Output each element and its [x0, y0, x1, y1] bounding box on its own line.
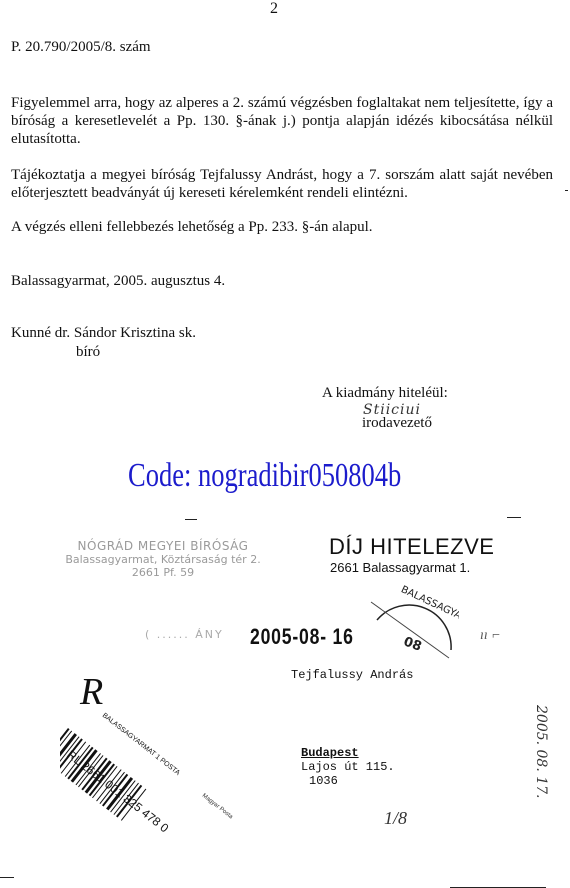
faint-stamp: ( ...... ÁNY — [145, 628, 224, 641]
case-number: P. 20.790/2005/8. szám — [11, 38, 151, 56]
handwritten-note: 1/8 — [384, 808, 407, 829]
recipient-street: Lajos út 115. — [301, 760, 395, 774]
delivery-date-stamp: 2005-08- 16 — [250, 624, 354, 650]
page-number: 2 — [270, 0, 278, 18]
svg-text:Magyar Posta: Magyar Posta — [201, 793, 234, 821]
certification-role: irodavezető — [362, 414, 432, 432]
judge-title: bíró — [76, 343, 100, 361]
fee-credited-stamp: DÍJ HITELEZVE — [329, 535, 494, 559]
scan-mark — [565, 190, 568, 191]
place-date: Balassagyarmat, 2005. augusztus 4. — [11, 272, 225, 290]
svg-text:BALASSAGYARMAT: BALASSAGYARMAT — [399, 584, 459, 634]
judge-name: Kunné dr. Sándor Krisztina sk. — [11, 324, 196, 342]
paragraph-dismissal: Figyelemmel arra, hogy az alperes a 2. s… — [11, 94, 553, 148]
court-stamp-address: Balassagyarmat, Köztársaság tér 2. — [48, 553, 278, 566]
scan-mark — [185, 519, 197, 520]
certification-label: A kiadmány hiteléül: — [322, 384, 448, 402]
scan-mark — [0, 877, 14, 878]
registered-r-icon: R — [79, 671, 103, 713]
paragraph-notice: Tájékoztatja a megyei bíróság Tejfalussy… — [11, 166, 553, 202]
recipient-name: Tejfalussy András — [291, 668, 413, 682]
document-code: Code: nogradibir050804b — [128, 456, 401, 496]
postmark-icon: BALASSAGYARMAT 08 — [367, 580, 459, 672]
court-stamp-name: NÓGRÁD MEGYEI BÍRÓSÁG — [48, 540, 278, 553]
handwritten-side-date: 2005. 08. 17. — [523, 695, 563, 825]
svg-text:RL 2661 001 325 478 0: RL 2661 001 325 478 0 — [64, 747, 171, 835]
court-return-stamp: NÓGRÁD MEGYEI BÍRÓSÁG Balassagyarmat, Kö… — [48, 540, 278, 579]
registered-barcode-label: R BALASSAGYARMAT 1 POSTA RL 2661 001 325… — [60, 670, 260, 860]
recipient-city: Budapest — [301, 746, 359, 760]
scan-mark — [507, 517, 521, 518]
court-stamp-pobox: 2661 Pf. 59 — [48, 566, 278, 579]
paragraph-appeal: A végzés elleni fellebbezés lehetőség a … — [11, 218, 553, 236]
fee-stamp-address: 2661 Balassagyarmat 1. — [330, 560, 470, 575]
svg-text:2005. 08. 17.: 2005. 08. 17. — [533, 704, 549, 799]
handwritten-scribble: ıı ⌐ — [480, 628, 501, 644]
recipient-zip: 1036 — [309, 774, 338, 788]
